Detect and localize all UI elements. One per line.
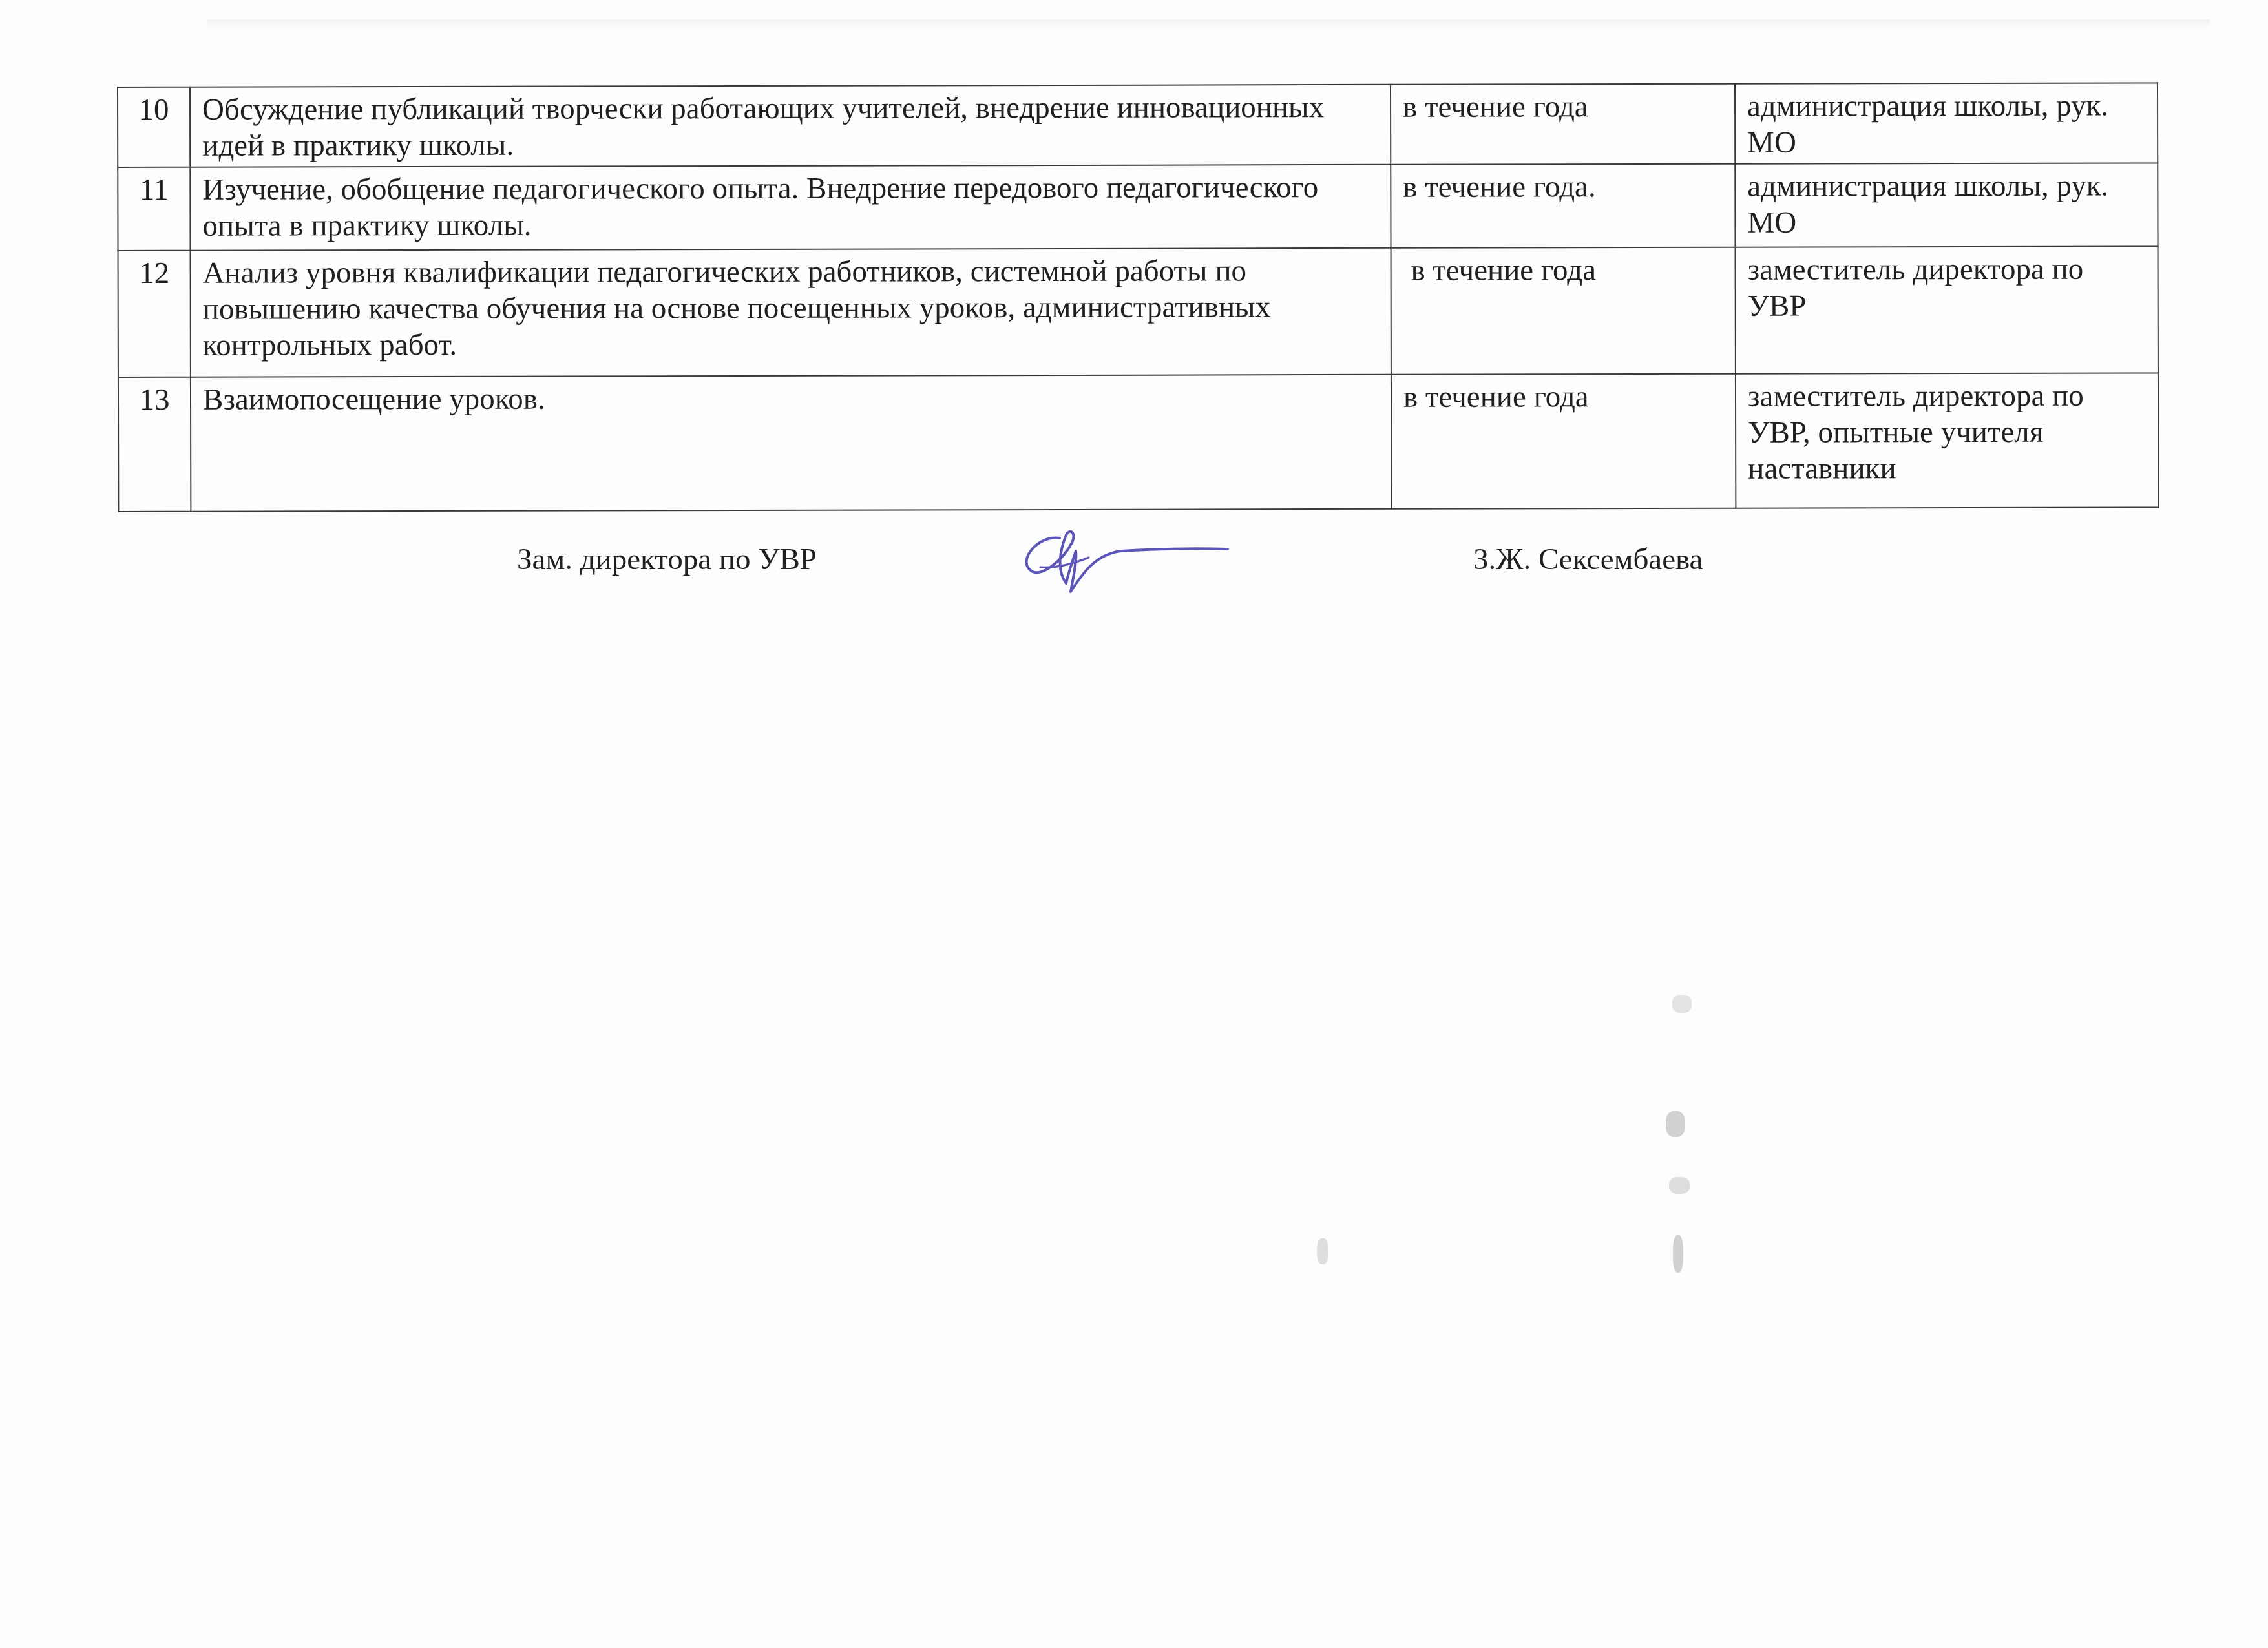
period-cell: в течение года xyxy=(1391,84,1735,165)
responsible-cell: заместитель директора по УВР, опытные уч… xyxy=(1736,373,2158,508)
signatory-name: З.Ж. Сексембаева xyxy=(1473,541,1703,578)
period-cell: в течение года xyxy=(1391,374,1736,509)
period-cell: в течение года xyxy=(1391,247,1736,375)
table-row: 11 Изучение, обобщение педагогического о… xyxy=(118,163,2158,251)
row-number: 12 xyxy=(118,251,191,377)
signatory-title: Зам. директора по УВР xyxy=(517,541,817,578)
period-cell: в течение года. xyxy=(1391,164,1735,248)
scan-artifact xyxy=(1673,1235,1683,1273)
scan-shadow xyxy=(207,19,2210,28)
row-number: 10 xyxy=(118,87,190,167)
handwritten-signature xyxy=(1011,522,1231,600)
scan-artifact xyxy=(1672,995,1692,1013)
scan-artifact xyxy=(1317,1238,1328,1264)
activity-cell: Анализ уровня квалификации педагогически… xyxy=(191,248,1391,377)
table-row: 13 Взаимопосещение уроков. в течение год… xyxy=(118,373,2158,512)
scan-artifact xyxy=(1666,1111,1685,1137)
responsible-cell: заместитель директора по УВР xyxy=(1736,246,2158,373)
table-row: 12 Анализ уровня квалификации педагогиче… xyxy=(118,246,2158,377)
activity-cell: Изучение, обобщение педагогического опыт… xyxy=(190,165,1391,251)
activity-cell: Взаимопосещение уроков. xyxy=(191,375,1391,512)
responsible-cell: администрация школы, рук. МО xyxy=(1735,83,2158,163)
plan-table: 10 Обсуждение публикаций творчески работ… xyxy=(117,82,2159,512)
scan-artifact xyxy=(1669,1177,1690,1194)
row-number: 13 xyxy=(118,377,191,512)
row-number: 11 xyxy=(118,167,190,251)
responsible-cell: администрация школы, рук. МО xyxy=(1735,163,2158,247)
table-row: 10 Обсуждение публикаций творчески работ… xyxy=(118,83,2158,167)
activity-cell: Обсуждение публикаций творчески работающ… xyxy=(190,85,1391,167)
